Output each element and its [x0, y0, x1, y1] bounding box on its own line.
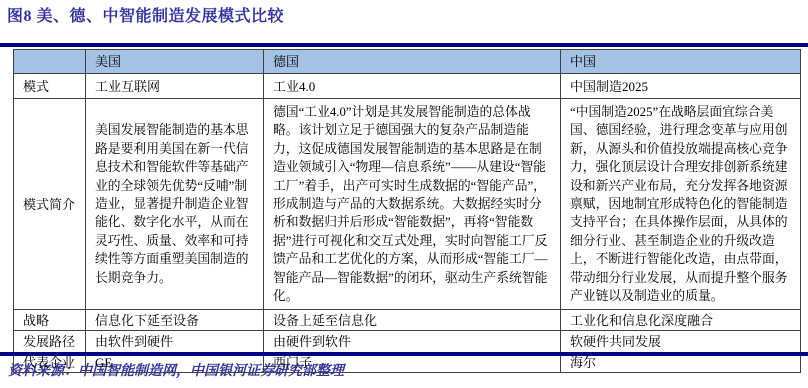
dev-path-china: 软硬件共同发展: [561, 331, 801, 353]
header-corner-cell: [14, 50, 86, 74]
dev-path-germany: 由硬件到软件: [264, 331, 561, 353]
report-figure-page: 图8 美、德、中智能制造发展模式比较 美国 德国 中国 模式 工业互联网 工业4…: [0, 0, 808, 388]
strategy-germany: 设备上延至信息化: [264, 310, 561, 331]
row-label-dev-path: 发展路径: [14, 331, 86, 353]
header-cell-germany: 德国: [264, 50, 561, 74]
table-header-row: 美国 德国 中国: [14, 50, 801, 74]
table-row-strategy: 战略 信息化下延至设备 设备上延至信息化 工业化和信息化深度融合: [14, 310, 801, 331]
row-label-strategy: 战略: [14, 310, 86, 331]
top-divider-rule: [0, 43, 808, 47]
row-label-mode: 模式: [14, 74, 86, 99]
header-cell-china: 中国: [561, 50, 801, 74]
comparison-table: 美国 德国 中国 模式 工业互联网 工业4.0 中国制造2025 模式简介 美国…: [13, 49, 801, 373]
strategy-china: 工业化和信息化深度融合: [561, 310, 801, 331]
mode-germany: 工业4.0: [264, 74, 561, 99]
bottom-divider-rule: [0, 352, 808, 356]
table-row-dev-path: 发展路径 由软件到硬件 由硬件到软件 软硬件共同发展: [14, 331, 801, 353]
figure-title: 图8 美、德、中智能制造发展模式比较: [7, 3, 284, 26]
mode-china: 中国制造2025: [561, 74, 801, 99]
table-row-mode-intro: 模式简介 美国发展智能制造的基本思路是要利用美国在新一代信息技术和智能软件等基础…: [14, 99, 801, 310]
table-row-mode: 模式 工业互联网 工业4.0 中国制造2025: [14, 74, 801, 99]
strategy-usa: 信息化下延至设备: [86, 310, 264, 331]
mode-intro-usa: 美国发展智能制造的基本思路是要利用美国在新一代信息技术和智能软件等基础产业的全球…: [86, 99, 264, 310]
mode-intro-germany: 德国“工业4.0”计划是其发展智能制造的总体战略。该计划立足于德国强大的复杂产品…: [264, 99, 561, 310]
header-cell-usa: 美国: [86, 50, 264, 74]
dev-path-usa: 由软件到硬件: [86, 331, 264, 353]
mode-intro-china: “中国制造2025”在战略层面宜综合美国、德国经验，进行理念变革与应用创新，从源…: [561, 99, 801, 310]
row-label-mode-intro: 模式简介: [14, 99, 86, 310]
mode-usa: 工业互联网: [86, 74, 264, 99]
